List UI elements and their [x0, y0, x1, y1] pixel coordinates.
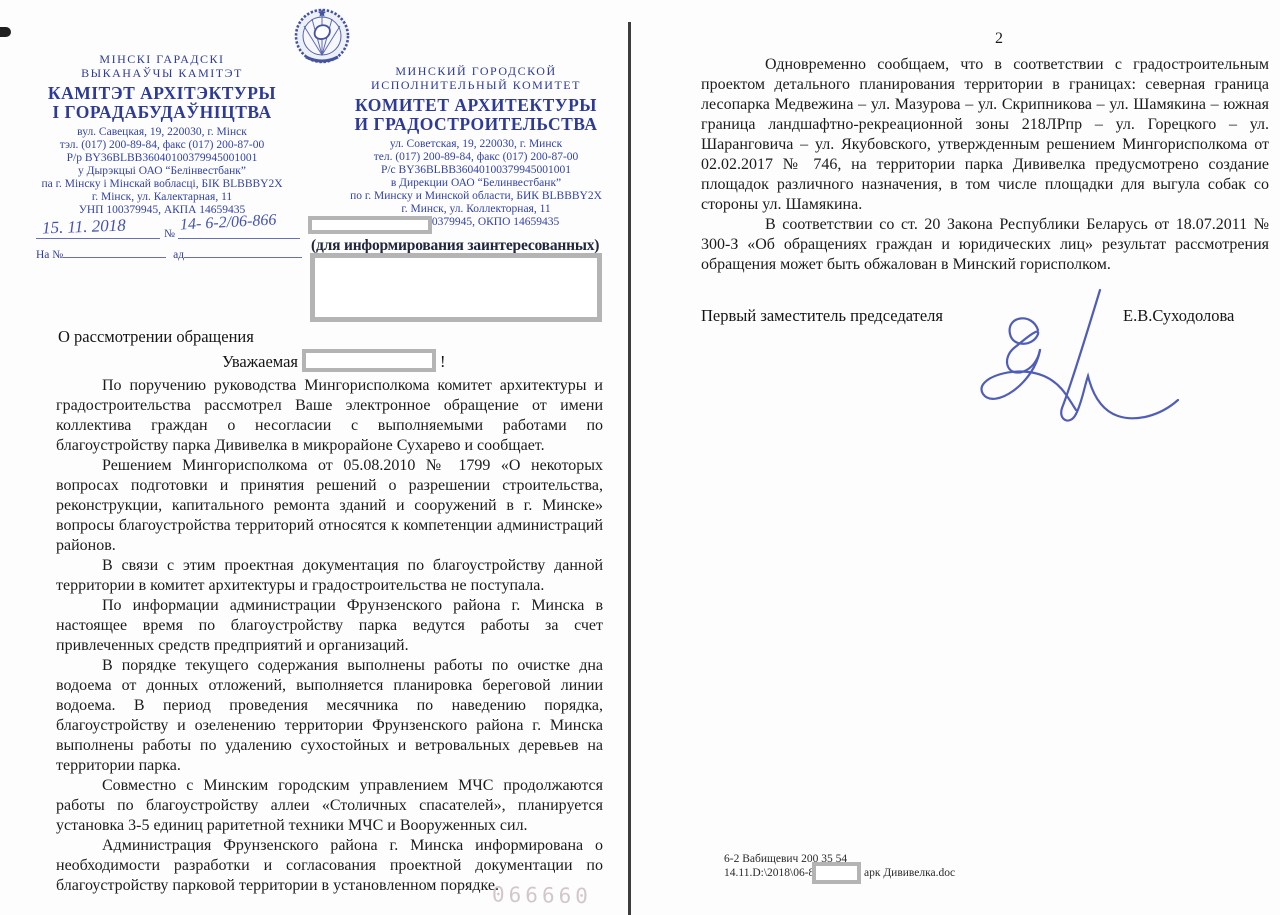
signatory-title: Первый заместитель председателя — [701, 306, 943, 326]
letter-subject: О рассмотрении обращения — [58, 327, 254, 347]
address-by-line: у Дырэкцыі ОАО “Белінвестбанк” — [33, 165, 291, 178]
page1-body: По поручению руководства Мингорисполкома… — [56, 376, 603, 896]
salutation-prefix: Уважаемая — [222, 352, 298, 372]
handwritten-date: 15. 11. 2018 — [42, 216, 126, 239]
number-sign: № — [164, 228, 175, 240]
org-name-ru-2: ИСПОЛНИТЕЛЬНЫЙ КОМИТЕТ — [330, 78, 622, 92]
address-by-line: Р/р BY36BLBB36040100379945001001 — [33, 152, 291, 165]
footer-filepath-suffix: арк Дививелка.doc — [864, 867, 955, 879]
address-ru-line: в Дирекции ОАО “Белинвестбанк” — [330, 177, 622, 190]
page-number: 2 — [995, 30, 1003, 48]
na-no-label: На № — [36, 249, 63, 261]
committee-title-ru-2: И ГРАДОСТРОИТЕЛЬСТВА — [330, 115, 622, 134]
paragraph: Одновременно сообщаем, что в соответстви… — [701, 55, 1269, 215]
scanned-letter: МІНСКІ ГАРАДСКІ ВЫКАНАЎЧЫ КАМІТЭТ КАМІТЭ… — [0, 0, 1280, 915]
paragraph: Решением Мингорисполкома от 05.08.2010 №… — [56, 456, 603, 556]
committee-title-ru-1: КОМИТЕТ АРХИТЕКТУРЫ — [330, 96, 622, 115]
org-name-by-1: МІНСКІ ГАРАДСКІ — [33, 52, 291, 66]
address-by-line: тэл. (017) 200-89-84, факс (017) 200-87-… — [33, 139, 291, 152]
belarus-coat-of-arms-icon — [293, 6, 351, 71]
redaction-recipient-large — [310, 253, 602, 322]
paragraph: В порядке текущего содержания выполнены … — [56, 656, 603, 776]
address-ru-line: Р/с BY36BLBB36040100379945001001 — [330, 164, 622, 177]
redaction-footer — [812, 862, 861, 884]
address-ru-line: ул. Советская, 19, 220030, г. Минск — [330, 138, 622, 151]
address-ru-line: г. Минск, ул. Коллекторная, 11 — [330, 203, 622, 216]
handwritten-signature-icon — [976, 288, 1181, 443]
faint-stamp-digits: 099990 — [488, 881, 588, 907]
paragraph: По информации администрации Фрунзенского… — [56, 596, 603, 656]
footer-filepath-prefix: 14.11.D:\2018\06-866 — [724, 867, 826, 879]
address-ru-line: по г. Минску и Минской области, БИК BLBB… — [330, 190, 622, 203]
redaction-salutation-name — [302, 349, 436, 372]
address-ru-line: тел. (017) 200-89-84, факс (017) 200-87-… — [330, 151, 622, 164]
na-no-row: На № ад — [36, 247, 302, 261]
letterhead-belarusian: МІНСКІ ГАРАДСКІ ВЫКАНАЎЧЫ КАМІТЭТ КАМІТЭ… — [33, 52, 291, 217]
org-name-by-2: ВЫКАНАЎЧЫ КАМІТЭТ — [33, 66, 291, 80]
page-1: МІНСКІ ГАРАДСКІ ВЫКАНАЎЧЫ КАМІТЭТ КАМІТЭ… — [0, 0, 628, 915]
address-by-line: вул. Савецкая, 19, 220030, г. Мінск — [33, 126, 291, 139]
page2-body: Одновременно сообщаем, что в соответстви… — [701, 55, 1269, 275]
salutation-suffix: ! — [440, 352, 446, 372]
paragraph: По поручению руководства Мингорисполкома… — [56, 376, 603, 456]
letterhead-russian: МИНСКИЙ ГОРОДСКОЙ ИСПОЛНИТЕЛЬНЫЙ КОМИТЕТ… — [330, 64, 622, 229]
paragraph: В соответствии со ст. 20 Закона Республи… — [701, 215, 1269, 275]
address-block-by: вул. Савецкая, 19, 220030, г. Мінск тэл.… — [33, 126, 291, 217]
page-2: 2 Одновременно сообщаем, что в соответст… — [631, 0, 1280, 915]
paragraph: Совместно с Минским городским управление… — [56, 776, 603, 836]
committee-title-by-2: І ГОРАДАБУДАЎНІЦТВА — [33, 103, 291, 122]
address-by-line: па г. Мінску і Мінскай вобласці, БІК BLB… — [33, 178, 291, 191]
ad-label: ад — [173, 249, 184, 261]
address-by-line: г. Мінск, ул. Калектарная, 11 — [33, 191, 291, 204]
paragraph: В связи с этим проектная документация по… — [56, 556, 603, 596]
committee-title-by-1: КАМІТЭТ АРХІТЭКТУРЫ — [33, 84, 291, 103]
org-name-ru-1: МИНСКИЙ ГОРОДСКОЙ — [330, 64, 622, 78]
redaction-recipient-small — [308, 216, 432, 234]
